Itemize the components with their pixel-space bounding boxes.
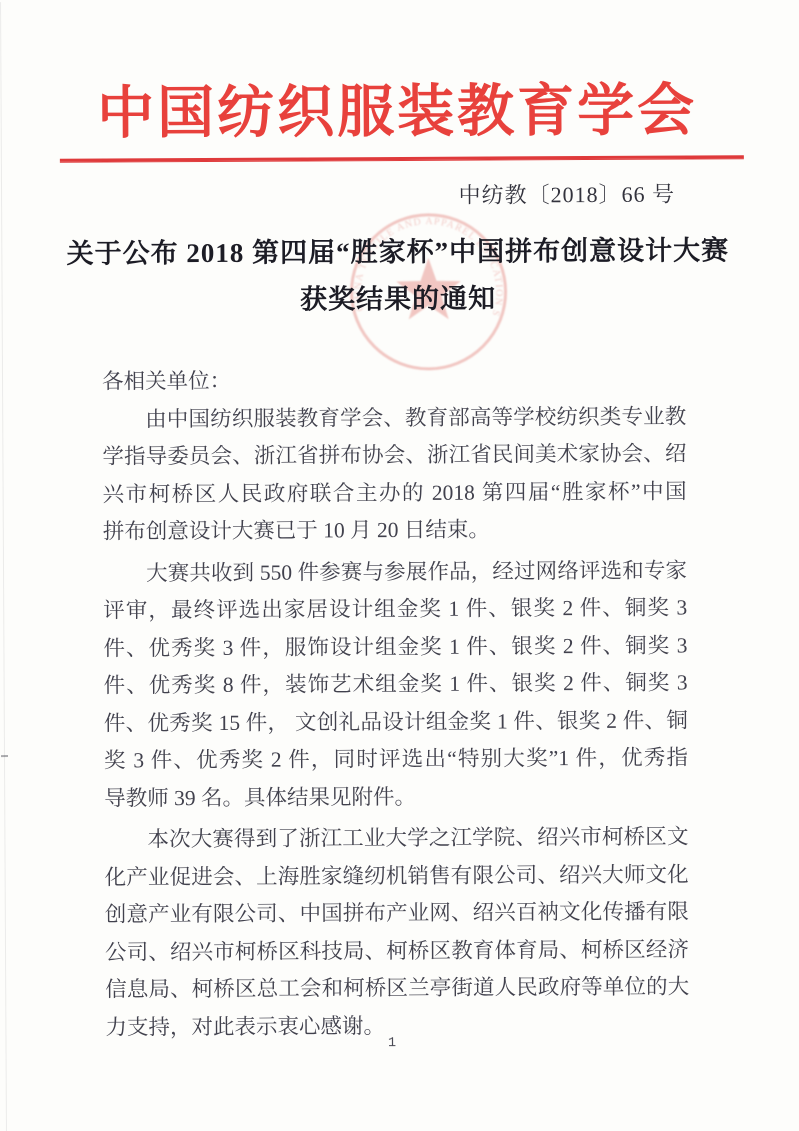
letterhead-org-name: 中国纺织服装教育学会 [0,64,797,150]
body-line: 兴市柯桥区人民政府联合主办的 2018 第四届“胜家杯”中国 [103,473,687,514]
scanned-document-page: CHINA TEXTILE AND APPAREL EDUCATION SOCI… [0,0,799,1131]
body-line: 评审，最终评选出家居设计组金奖 1 件、银奖 2 件、铜奖 3 [103,589,687,630]
scan-mark-artifact [1,755,8,757]
body-line: 创意产业有限公司、中国拼布产业网、绍兴百衲文化传播有限 [105,893,689,934]
body-line: 大赛共收到 550 件参赛与参展作品，经过网络评选和专家 [103,552,687,593]
page-number: 1 [0,1034,792,1053]
body-line: 本次大赛得到了浙江工业大学之江学院、绍兴市柯桥区文 [104,818,688,859]
body-line: 由中国纺织服装教育学会、教育部高等学校纺织类专业教 [102,398,686,439]
document-title-line1: 关于公布 2018 第四届“胜家杯”中国拼布创意设计大赛 [0,227,797,278]
body-line: 导教师 39 名。具体结果见附件。 [104,777,688,818]
body-paragraphs: 由中国纺织服装教育学会、教育部高等学校纺织类专业教学指导委员会、浙江省拼布协会、… [102,398,689,1047]
document-title: 关于公布 2018 第四届“胜家杯”中国拼布创意设计大赛 获奖结果的通知 [0,227,798,325]
salutation: 各相关单位： [102,360,686,401]
letterhead-divider-rule [60,155,744,163]
body-line: 件、优秀奖 15 件， 文创礼品设计组金奖 1 件、银奖 2 件、铜 [104,702,688,743]
scan-edge-artifact [0,2,7,1131]
document-body: 各相关单位： 由中国纺织服装教育学会、教育部高等学校纺织类专业教学指导委员会、浙… [102,360,690,1046]
body-line: 信息局、柯桥区总工会和柯桥区兰亭街道人民政府等单位的大 [105,968,689,1009]
body-line: 化产业促进会、上海胜家缝纫机销售有限公司、绍兴大师文化 [105,856,689,897]
document-number: 中纺教〔2018〕66 号 [458,178,675,210]
document-title-line2: 获奖结果的通知 [0,274,798,325]
body-line: 件、优秀奖 3 件，服饰设计组金奖 1 件、银奖 2 件、铜奖 3 [103,627,687,668]
body-line: 学指导委员会、浙江省拼布协会、浙江省民间美术家协会、绍 [102,435,686,476]
body-line: 件、优秀奖 8 件，装饰艺术组金奖 1 件、银奖 2 件、铜奖 3 [104,664,688,705]
body-line: 奖 3 件、优秀奖 2 件，同时评选出“特别大奖”1 件，优秀指 [104,739,688,780]
body-line: 公司、绍兴市柯桥区科技局、柯桥区教育体育局、柯桥区经济 [105,931,689,972]
body-line: 拼布创意设计大赛已于 10 月 20 日结束。 [103,510,687,551]
